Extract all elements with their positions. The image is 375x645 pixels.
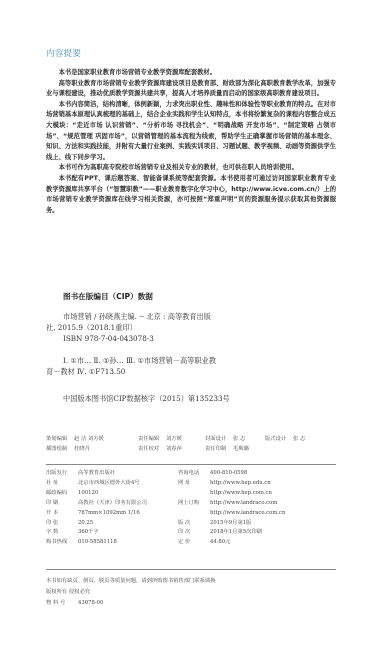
- pub-field-online-order-alt: http://www.landraco.com.cn: [178, 509, 336, 519]
- pub-field-edition: 版 次2015年9月第1版: [178, 519, 336, 529]
- cip-approval-note: 中国版本图书馆CIP数据核字（2015）第135233号: [63, 394, 230, 404]
- copyright-notice: 版权所有 侵权必究: [46, 587, 336, 598]
- pub-field-hotline: 购书热线010-58581118: [46, 538, 178, 548]
- credits-row: 插图绘制 杜晓丹 责任校对 刘春萍 责任印制 毛斯璐: [46, 444, 336, 454]
- credit-label: 责任编辑: [138, 434, 166, 444]
- pub-field-publisher: 出版发行高等教育出版社: [46, 469, 178, 479]
- credit-value: 刘春萍: [166, 444, 182, 454]
- credit-value: 赵 洁 刘方媛: [74, 434, 104, 444]
- credit-label: 责任校对: [138, 444, 166, 454]
- quality-notice: 本书如有缺页、倒页、脱页等质量问题，请到所购图书销售部门联系调换: [46, 576, 336, 587]
- credit-responsible-editor: 责任编辑 刘方媛: [138, 434, 205, 444]
- credit-label: 封面设计: [205, 434, 233, 444]
- credit-label: 策划编辑: [46, 434, 74, 444]
- cip-publisher-line: 社, 2015.9（2018.1重印）: [46, 322, 316, 333]
- cip-heading: 图书在版编目（CIP）数据: [63, 291, 153, 302]
- pub-field-website: 网 址http://www.hep.edu.cn: [178, 479, 336, 489]
- material-number: 物 料 号 43078-00: [46, 598, 336, 609]
- pub-field-phone: 咨询电话400-810-0598: [178, 469, 336, 479]
- credit-label: 责任印制: [205, 444, 233, 454]
- credit-printing: 责任印制 毛斯璐: [205, 444, 265, 454]
- summary-paragraph: 本书是国家职业教育市场营销专业教学资源库配套教材。: [46, 68, 336, 79]
- divider: [46, 464, 336, 465]
- summary-paragraph: 本书内容简洁，结构清晰，体例新颖，力求突出职业性、趣味性和体验性等职业教育的特点…: [46, 100, 336, 164]
- summary-paragraph: 高等职业教育市场营销专业教学资源库建设项目是教育部、财政部为深化高职教育教学改革…: [46, 79, 336, 100]
- footer: 本书如有缺页、倒页、脱页等质量问题，请到所购图书销售部门联系调换 版权所有 侵权…: [46, 576, 336, 609]
- credit-value: 毛斯璐: [233, 444, 249, 454]
- publication-info: 出版发行高等教育出版社 社 址北京市西城区德外大街4号 邮政编码100120 印…: [46, 469, 336, 548]
- pub-field-wordcount: 字 数360千字: [46, 528, 178, 538]
- divider: [46, 569, 336, 570]
- pub-field-impression: 印 次2018年1月第5次印刷: [178, 528, 336, 538]
- pub-field-website-alt: http://www.hep.com.cn: [178, 489, 336, 499]
- cip-title-line: 市场营销 / 孙晓燕主编. -- 北京 : 高等教育出版: [46, 311, 316, 322]
- pub-field-printer: 印 刷高教社（天津）印务有限公司: [46, 499, 178, 509]
- credit-value: 刘方媛: [166, 434, 182, 444]
- summary-body: 本书是国家职业教育市场营销专业教学资源库配套教材。 高等职业教育市场营销专业教学…: [46, 68, 336, 216]
- pub-field-online-order: 网上订购http://www.landraco.com: [178, 499, 336, 509]
- credit-planning-editor: 策划编辑 赵 洁 刘方媛: [46, 434, 138, 444]
- summary-paragraph: 本书配有PPT、课后题答案、智能备课系统等配套资源。本书使用者可通过访问国家职业…: [46, 174, 336, 216]
- credit-label: 版式设计: [265, 434, 293, 444]
- summary-paragraph: 本书可作为高职高专院校市场营销专业及相关专业的教材，也可供在职人员培训使用。: [46, 163, 336, 174]
- cip-isbn: ISBN 978-7-04-043078-3: [46, 333, 316, 344]
- credit-layout-design: 版式设计 张 志: [265, 434, 305, 444]
- credit-value: 张 志: [293, 434, 305, 444]
- pub-field-price: 定 价44.80元: [178, 538, 336, 548]
- cip-record: 市场营销 / 孙晓燕主编. -- 北京 : 高等教育出版 社, 2015.9（2…: [46, 311, 316, 377]
- publication-info-left: 出版发行高等教育出版社 社 址北京市西城区德外大街4号 邮政编码100120 印…: [46, 469, 178, 548]
- pub-field-postcode: 邮政编码100120: [46, 489, 178, 499]
- pub-field-sheets: 印 张20.25: [46, 519, 178, 529]
- credit-value: 杜晓丹: [74, 444, 90, 454]
- copyright-page: 内容提要 本书是国家职业教育市场营销专业教学资源库配套教材。 高等职业教育市场营…: [0, 0, 375, 645]
- cip-classification-line: Ⅰ. ①市… Ⅱ. ①孙… Ⅲ. ①市场营销－高等职业教: [46, 355, 316, 366]
- credit-value: 张 志: [233, 434, 245, 444]
- credits-row: 策划编辑 赵 洁 刘方媛 责任编辑 刘方媛 封面设计 张 志 版式设计 张 志: [46, 434, 336, 444]
- pub-field-format: 开 本787mm×1092mm 1/16: [46, 509, 178, 519]
- credit-proofreading: 责任校对 刘春萍: [138, 444, 205, 454]
- credit-illustration: 插图绘制 杜晓丹: [46, 444, 138, 454]
- pub-field-address: 社 址北京市西城区德外大街4号: [46, 479, 178, 489]
- summary-heading: 内容提要: [46, 47, 81, 59]
- credits: 策划编辑 赵 洁 刘方媛 责任编辑 刘方媛 封面设计 张 志 版式设计 张 志 …: [46, 434, 336, 454]
- credit-cover-design: 封面设计 张 志: [205, 434, 265, 444]
- cip-classification-line: 育－教材 Ⅳ. ①F713.50: [46, 366, 316, 377]
- publication-info-right: 咨询电话400-810-0598 网 址http://www.hep.edu.c…: [178, 469, 336, 548]
- credit-label: 插图绘制: [46, 444, 74, 454]
